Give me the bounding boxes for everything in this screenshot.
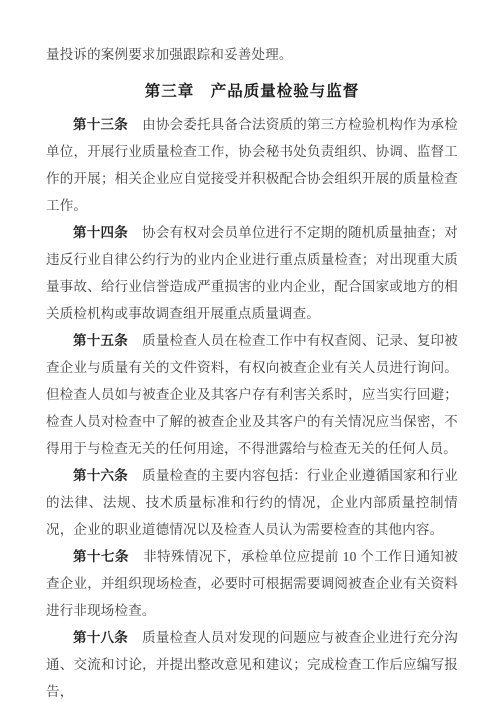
article-number: 第十八条	[73, 630, 128, 645]
article-number: 第十四条	[73, 225, 128, 240]
article-paragraph-18: 第十八条质量检查人员对发现的问题应与被查企业进行充分沟通、交流和讨论，并提出整改…	[46, 624, 458, 705]
article-paragraph-13: 第十三条由协会委托具备合法资质的第三方检验机构作为承检单位，开展行业质量检查工作…	[46, 111, 458, 219]
article-number: 第十七条	[73, 549, 129, 564]
article-number: 第十六条	[73, 468, 128, 483]
article-paragraph-16: 第十六条质量检查的主要内容包括：行业企业遵循国家和行业的法律、法规、技术质量标准…	[46, 462, 458, 543]
article-number: 第十五条	[73, 333, 128, 348]
article-text: 质量检查人员在检查工作中有权查阅、记录、复印被查企业与质量有关的文件资料，有权向…	[46, 333, 458, 456]
article-number: 第十三条	[73, 117, 128, 132]
article-paragraph-17: 第十七条非特殊情况下，承检单位应提前 10 个工作日通知被查企业，并组织现场检查…	[46, 543, 458, 624]
chapter-heading: 第三章 产品质量检验与监督	[46, 78, 458, 105]
article-paragraph-14: 第十四条协会有权对会员单位进行不定期的随机质量抽查；对违反行业自律公约行为的业内…	[46, 219, 458, 327]
document-page: 量投诉的案例要求加强跟踪和妥善处理。 第三章 产品质量检验与监督 第十三条由协会…	[0, 0, 500, 709]
continuation-line: 量投诉的案例要求加强跟踪和妥善处理。	[46, 41, 458, 68]
article-paragraph-15: 第十五条质量检查人员在检查工作中有权查阅、记录、复印被查企业与质量有关的文件资料…	[46, 327, 458, 462]
